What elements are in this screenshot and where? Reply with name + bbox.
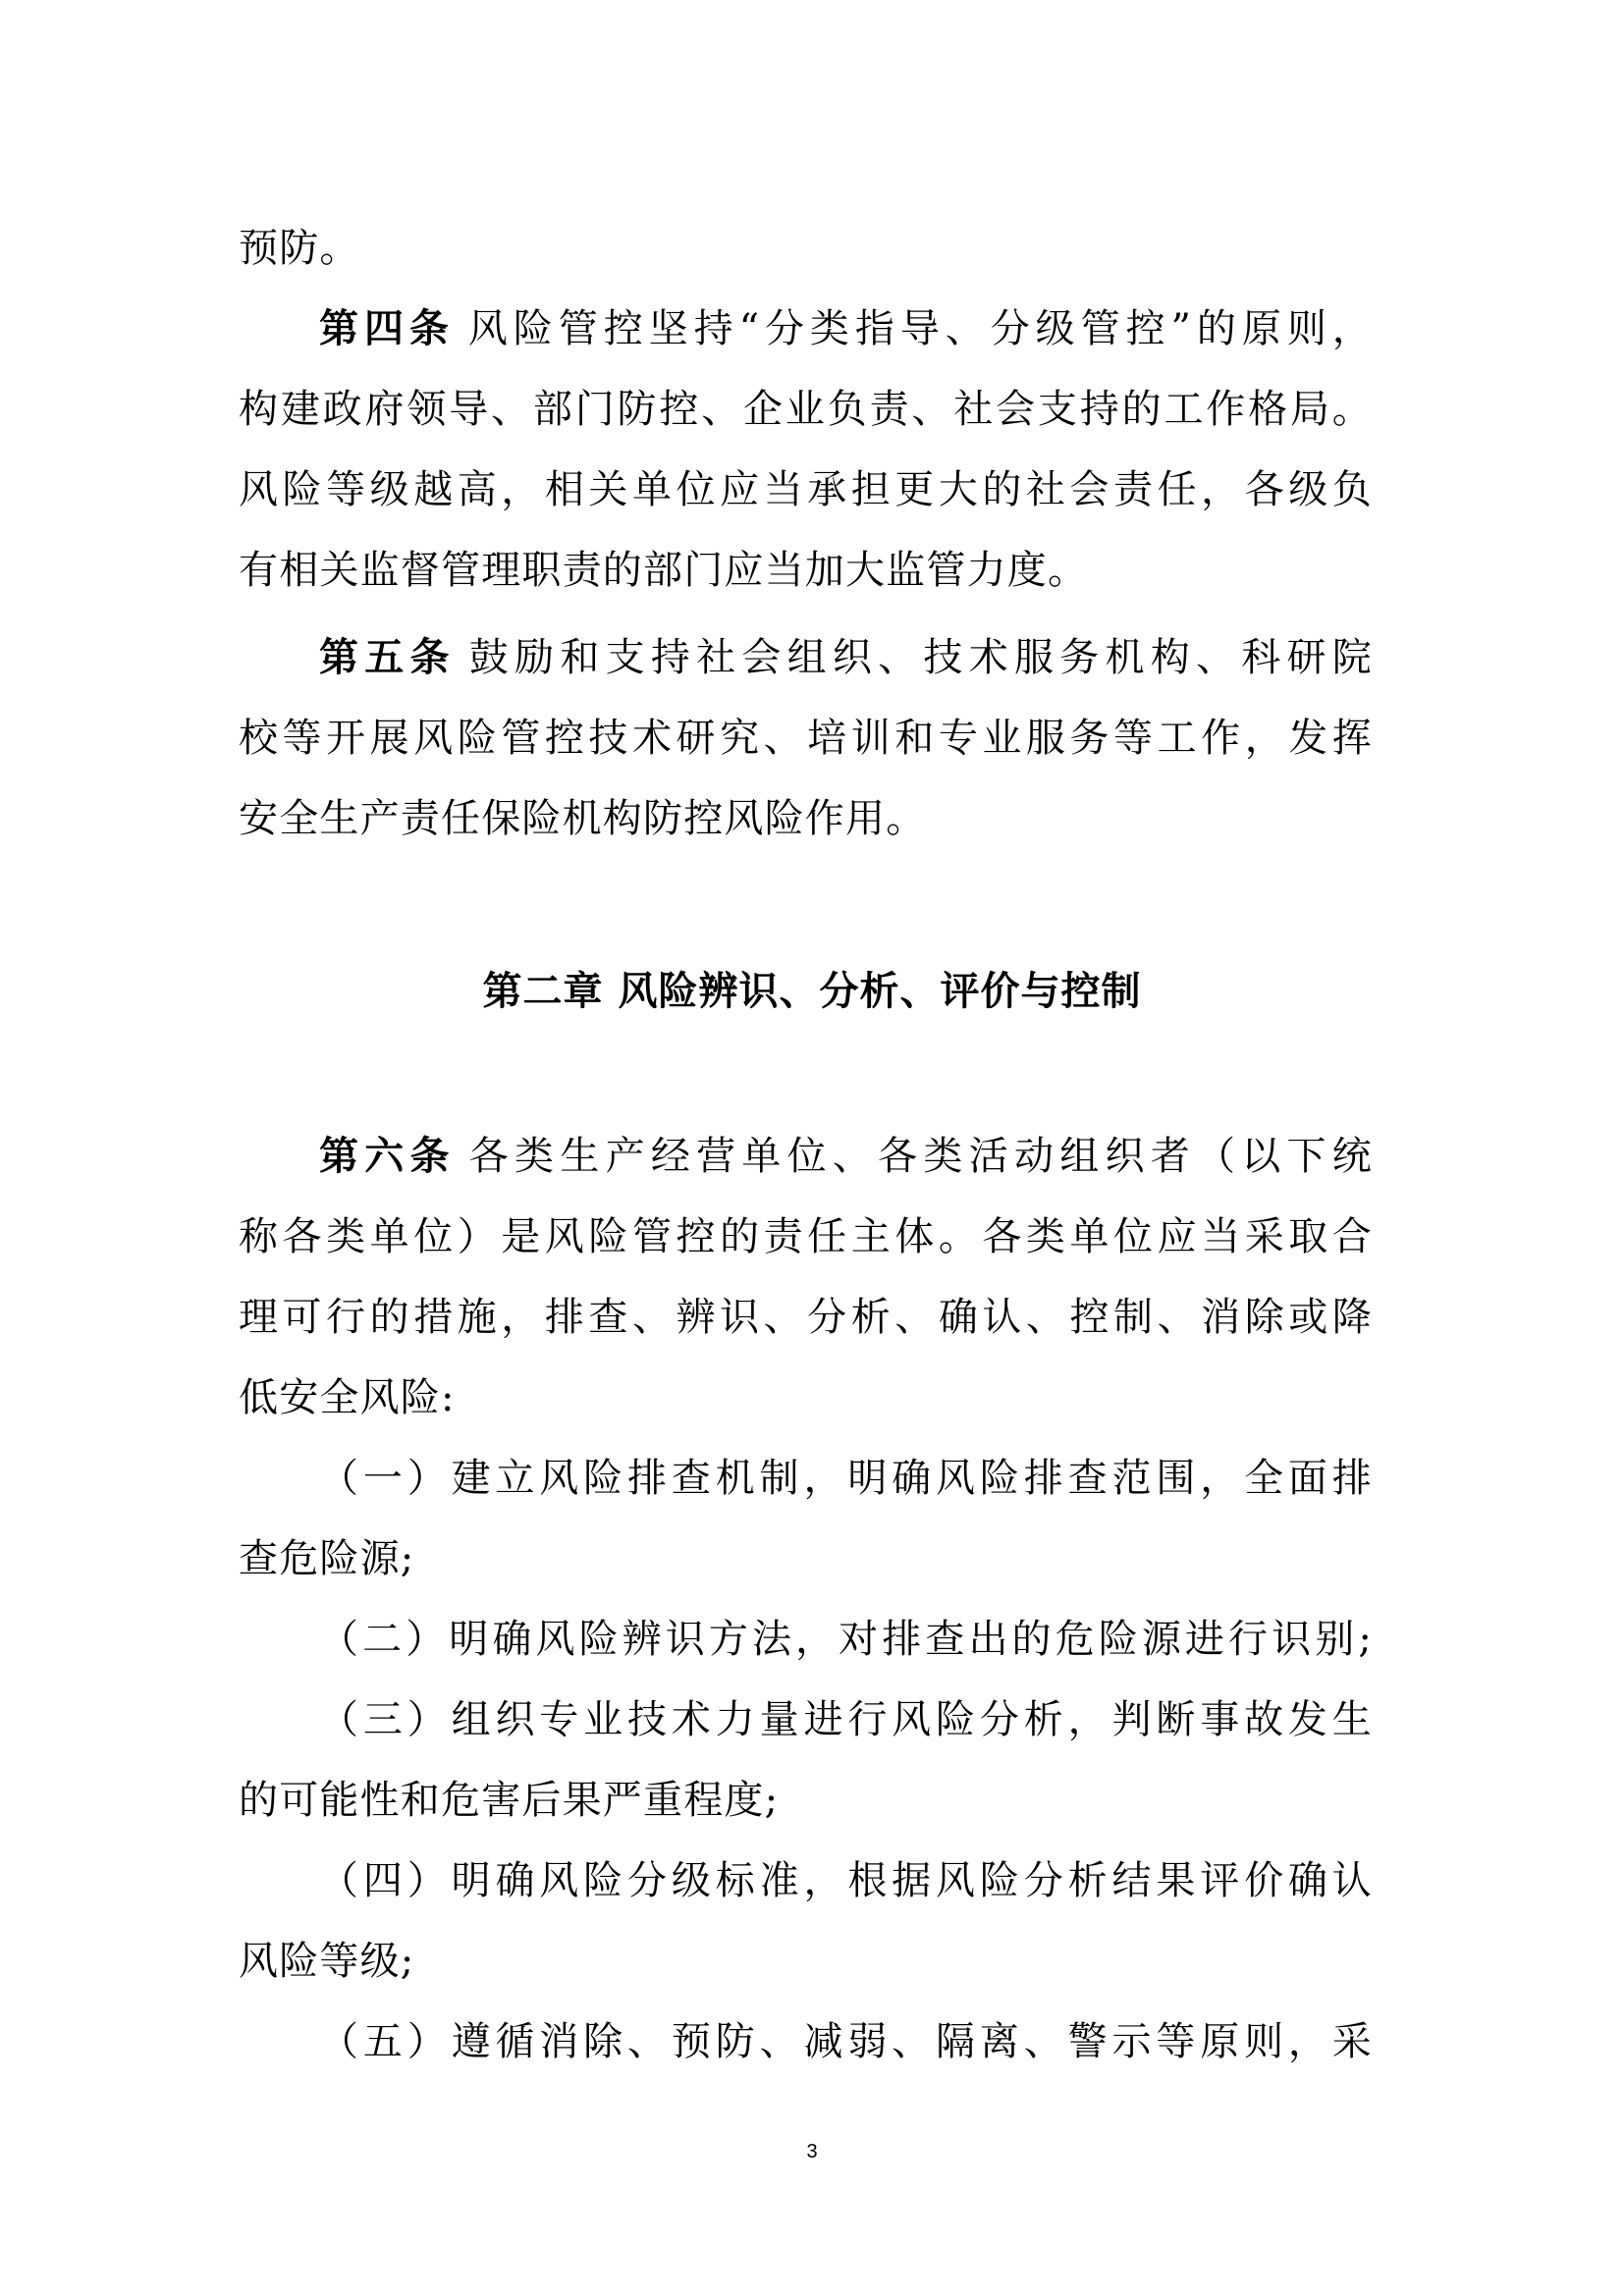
article-5-line-1: 第五条鼓励和支持社会组织、技术服务机构、科研院 bbox=[319, 630, 1373, 685]
article-6-line-1: 第六条各类生产经营单位、各类活动组织者（以下统 bbox=[319, 1129, 1373, 1184]
text-line: 称各类单位）是风险管控的责任主体。各类单位应当采取合 bbox=[239, 1214, 1373, 1259]
article-label: 第六条 bbox=[319, 1134, 456, 1179]
text-line: （三）组织专业技术力量进行风险分析，判断事故发生 bbox=[319, 1697, 1373, 1742]
article-4-line-2: 构建政府领导、部门防控、企业负责、社会支持的工作格局。 bbox=[239, 382, 1373, 437]
text-line: 风险管控坚持“分类指导、分级管控”的原则， bbox=[468, 306, 1373, 351]
article-label: 第四条 bbox=[319, 306, 455, 351]
page-number: 3 bbox=[0, 2140, 1624, 2163]
text-line: 各类生产经营单位、各类活动组织者（以下统 bbox=[469, 1134, 1373, 1179]
item-1-line-2: 查危险源; bbox=[239, 1531, 1373, 1586]
article-6-line-4: 低安全风险: bbox=[239, 1370, 1373, 1425]
article-4-line-1: 第四条风险管控坚持“分类指导、分级管控”的原则， bbox=[319, 301, 1373, 356]
text-line: 低安全风险: bbox=[239, 1375, 456, 1420]
text-line: 的可能性和危害后果严重程度; bbox=[239, 1778, 779, 1823]
text-line: （一）建立风险排查机制，明确风险排查范围，全面排 bbox=[319, 1456, 1373, 1501]
item-4-line-1: （四）明确风险分级标准，根据风险分析结果评价确认 bbox=[319, 1853, 1373, 1908]
article-label: 第五条 bbox=[319, 635, 456, 680]
item-4-line-2: 风险等级; bbox=[239, 1934, 1373, 1989]
article-6-line-2: 称各类单位）是风险管控的责任主体。各类单位应当采取合 bbox=[239, 1209, 1373, 1264]
text-line: 构建政府领导、部门防控、企业负责、社会支持的工作格局。 bbox=[239, 387, 1373, 432]
chapter-heading: 第二章 风险辨识、分析、评价与控制 bbox=[0, 962, 1624, 1021]
text-line: 有相关监督管理职责的部门应当加大监管力度。 bbox=[239, 548, 1088, 593]
text-line: 理可行的措施，排查、辨识、分析、确认、控制、消除或降 bbox=[239, 1295, 1373, 1340]
article-4-line-4: 有相关监督管理职责的部门应当加大监管力度。 bbox=[239, 543, 1373, 598]
item-2-line-1: （二）明确风险辨识方法，对排查出的危险源进行识别; bbox=[319, 1612, 1373, 1667]
text-line: 校等开展风险管控技术研究、培训和专业服务等工作，发挥 bbox=[239, 716, 1373, 761]
text-line: （二）明确风险辨识方法，对排查出的危险源进行识别; bbox=[319, 1617, 1373, 1662]
article-5-line-2: 校等开展风险管控技术研究、培训和专业服务等工作，发挥 bbox=[239, 711, 1373, 766]
paragraph-line: 预防。 bbox=[239, 221, 1373, 276]
document-page: 预防。 第四条风险管控坚持“分类指导、分级管控”的原则， 构建政府领导、部门防控… bbox=[0, 0, 1624, 2296]
item-3-line-1: （三）组织专业技术力量进行风险分析，判断事故发生 bbox=[319, 1692, 1373, 1747]
text-line: （四）明确风险分级标准，根据风险分析结果评价确认 bbox=[319, 1858, 1373, 1903]
text-line: 风险等级; bbox=[239, 1939, 414, 1984]
text-line: 鼓励和支持社会组织、技术服务机构、科研院 bbox=[469, 635, 1373, 680]
item-5-line-1: （五）遵循消除、预防、减弱、隔离、警示等原则，采 bbox=[319, 2014, 1373, 2069]
text-line: 预防。 bbox=[239, 226, 360, 271]
text-line: 查危险源; bbox=[239, 1536, 414, 1581]
text-line: （五）遵循消除、预防、减弱、隔离、警示等原则，采 bbox=[319, 2019, 1373, 2064]
text-line: 风险等级越高，相关单位应当承担更大的社会责任，各级负 bbox=[239, 467, 1373, 512]
article-6-line-3: 理可行的措施，排查、辨识、分析、确认、控制、消除或降 bbox=[239, 1290, 1373, 1345]
text-line: 安全生产责任保险机构防控风险作用。 bbox=[239, 796, 926, 841]
item-3-line-2: 的可能性和危害后果严重程度; bbox=[239, 1773, 1373, 1828]
item-1-line-1: （一）建立风险排查机制，明确风险排查范围，全面排 bbox=[319, 1451, 1373, 1506]
article-4-line-3: 风险等级越高，相关单位应当承担更大的社会责任，各级负 bbox=[239, 462, 1373, 517]
article-5-line-3: 安全生产责任保险机构防控风险作用。 bbox=[239, 791, 1373, 846]
